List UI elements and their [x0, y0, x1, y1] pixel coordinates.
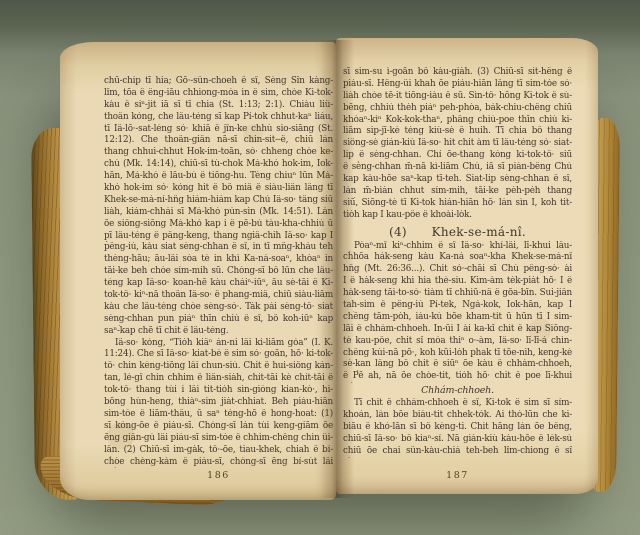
text-line: tī Iâ-lō·-sat-léng só· khiā ê jîn-ke chh… — [104, 124, 333, 136]
text-line: hn̂g (Mt. 26:36...). Chit só·-chāi sī Ch… — [343, 264, 572, 276]
text-line: chêng kúi-nā pō·, koh kūi-lo̍h phak tī t… — [343, 348, 572, 360]
text-line: khoán, lán bōe biáu-tit chhek-to̍k. Ài t… — [343, 410, 572, 422]
text-line: tah-sim ê pêng-iú Pí-tek, Ngá-kok, Iok-h… — [343, 300, 572, 312]
text-line: saⁿ-kap chē tī chit ê lâu-téng. — [104, 326, 333, 338]
text-line: tok-tô· kiⁿ-nā thoân Iâ-so· ê phang-miâ,… — [104, 290, 333, 302]
text-line: khòaⁿ-kìⁿ Kok-kok-thaⁿ, phâng chiú-poe t… — [343, 115, 572, 127]
text-line: pī lâu-téng ê pâng-keng, thang ngiâ-chih… — [104, 231, 333, 243]
text-line: bōng hùn-heng, thiàⁿ-sim jia̍t-chhiat. B… — [104, 397, 333, 409]
text-line: ê sèng-chhan m̄-nā kì-liām Chú, iā sī pi… — [343, 162, 572, 174]
page-number-left: 186 — [104, 470, 333, 481]
text-line: tio̍h kap I kau-pôe ê khoài-lo̍k. — [343, 210, 572, 222]
text-line: siū, Siōng-tè tī Ki-tok hián-hiān hō· lá… — [343, 198, 572, 210]
text-line: lia̍h chòe tē-it tiōng-iàu ê sū. Sìn-tô·… — [343, 91, 572, 103]
text-line: lāi ê chhám-chhoeh. In-ūi I ài ka-kī chi… — [343, 324, 572, 336]
text-line: thoân kóng, che lâu-téng sī kap Pí-tok c… — [104, 112, 333, 124]
text-line: ê Pē ah, nā ōe chòe-tit, tio̍h hō· chit … — [343, 371, 572, 383]
text-line: kàu ê siⁿ-ji̍t iā sī tī chia (St. 1:13; … — [104, 100, 333, 112]
text-line: sim-tóe ê liām-thâu, ū saⁿ téng-hō ê hon… — [104, 409, 333, 421]
text-line: khó hok-im só· kóng hit ê bô miâ ê siàu-… — [104, 183, 333, 195]
text-line: ōe siông-siōng Má-khó kap i ê pē-bú tàu-… — [104, 219, 333, 231]
text-line: li̍p ê sèng-chhan. Chí ōe-thang kóng ki-… — [343, 150, 572, 162]
text-line: Tī chit ê chhám-chhoeh ê sî, Ki-tok ê si… — [343, 398, 572, 410]
text-line: Khek-se-má-ní-hn̂g hiám-hiám kap Chú Iâ-… — [104, 195, 333, 207]
text-line: 11:24). Che sī Iâ-so· kiat-bé ê sim só· … — [104, 349, 333, 361]
text-line: lán m̄-bián chhut sím-mih, tāi-ke pe̍h-p… — [343, 186, 572, 198]
text-line: téng kap Iâ-so· koan-hē kàu cháiⁿ-iūⁿ, ā… — [104, 278, 333, 290]
page-number-right: 187 — [343, 470, 572, 481]
text-line: chū-chi̍p tī hia; Gō·-sûn-choeh ê sî, Sè… — [104, 76, 333, 88]
text-line: ha̍k-seng tāi-to-sò· tiàm tī chhiū-nâ ê … — [343, 288, 572, 300]
text-line: chêng tām-po̍h, iáu-kú bōe kham-tit ū hū… — [343, 312, 572, 324]
text-line: tè kau-pôe, chit sî móa thiⁿ o·-àm, Iâ-s… — [343, 336, 572, 348]
text-line: tô· chin kèng-tiōng lâi chun-siú. Chit ê… — [104, 361, 333, 373]
text-line: kap kàu-hōe saⁿ-kap tī-teh. Siat-li̍p sè… — [343, 174, 572, 186]
text-line: piáu-sī. Hêng-ûi khah ōe piáu-hiān lâng … — [343, 79, 572, 91]
text-line: Pòaⁿ-mî kiⁿ-chhim ê sî Iâ-so· khí-lâi, l… — [343, 241, 572, 253]
text-line: chòe chèng-kám ê piáu-sī, chóng-sī ēng b… — [104, 457, 333, 469]
right-page-text: sī sim-su ì-goān bô kàu-gia̍h. (3) Chiū-… — [343, 67, 572, 458]
text-line: pêng-iú, kàu siat sèng-chhan ê sî, in tī… — [104, 242, 333, 254]
text-line: hān, Má-khó ê lāu-bú ê tiōng-hu. Téng ch… — [104, 171, 333, 183]
text-line: tok-tô· thang tùi i lâi tit-tio̍h sìn-gi… — [104, 385, 333, 397]
text-line: I ê ha̍k-seng khì hia thè-siu. Kim-àm te… — [343, 276, 572, 288]
text-line: biāu ê khó-lān sī bô kèng-ti. Chi̍t hāng… — [343, 422, 572, 434]
text-line: Iâ-so· kóng, “Tio̍h kiâⁿ án-ni lâi kì-li… — [104, 338, 333, 350]
text-line: bēng, chhiú the̍h piáⁿ peh-phòa, ba̍k-ch… — [343, 103, 572, 115]
text-line: kàu che lâu-téng chòe sèng-só·. Ta̍k pái… — [104, 302, 333, 314]
text-line: sī sim-su ì-goān bô kàu-gia̍h. (3) Chiū-… — [343, 67, 572, 79]
text-line: lân. (2) Chiū-sī im-ga̍k, tô·-ōe, tiau-k… — [104, 445, 333, 457]
text-line: chú (Mk. 14:14), chiū-sī tù-chok Má-khó … — [104, 159, 333, 171]
text-line: siông-sè gián-kiù Iâ-so· hit chit àm tī … — [343, 138, 572, 150]
subsection-heading: Chhám-chhoeh. — [343, 383, 572, 398]
photo-background: chū-chi̍p tī hia; Gō·-sûn-choeh ê sî, Sè… — [0, 0, 640, 535]
text-line: 12:12). Che thoân-giân nā-sī chin-si̍t--… — [104, 135, 333, 147]
text-line: chhōa ha̍k-seng kàu Ka-ná soaⁿ-kha Khek-… — [343, 252, 572, 264]
text-line: liām sip-jī-kè téng kiù-sè ê huih. Tī ch… — [343, 126, 572, 138]
text-line: sè-kan lâng bô chit ê siūⁿ ōe kàu ê chhá… — [343, 359, 572, 371]
text-line: thang chhui-chhut Hok-im-toān, só· chhen… — [104, 147, 333, 159]
text-line: chiū ōe chai sûn-kàu-chiá teh-beh lîm-ch… — [343, 446, 572, 458]
text-line: lîm, tōa ê êng-iāu chhiong-móa in ê sim,… — [104, 88, 333, 100]
text-line: tan, lé-gî chin chhim ê liân-sia̍h, chi̍… — [104, 373, 333, 385]
left-page-text: chū-chi̍p tī hia; Gō·-sûn-choeh ê sî, Sè… — [104, 76, 333, 468]
text-line: ēng giân-gú lâi piáu-sī sim-tóe ê chhim-… — [104, 433, 333, 445]
text-line: tāi-ke beh chòe sím-mih sū. Chóng-sī bô … — [104, 266, 333, 278]
text-line: sī kóng-ōe ê piáu-sī. Chóng-sī lán tùi k… — [104, 421, 333, 433]
section-heading: (4) Khek-se-má-nî. — [343, 222, 572, 241]
text-line: lia̍h, kiám-chhái sī Má-khó pún-sin (Mk.… — [104, 207, 333, 219]
text-line: sèng-chhan pun piáⁿ thīn chiú ê sî, bô k… — [104, 314, 333, 326]
text-line: thèng-hāu; āu-lâi sòa tè in khì Ka-ná-so… — [104, 254, 333, 266]
text-line: chiū-sī Iâ-so· bô kiaⁿ-sí. Nā gián-kiù k… — [343, 434, 572, 446]
